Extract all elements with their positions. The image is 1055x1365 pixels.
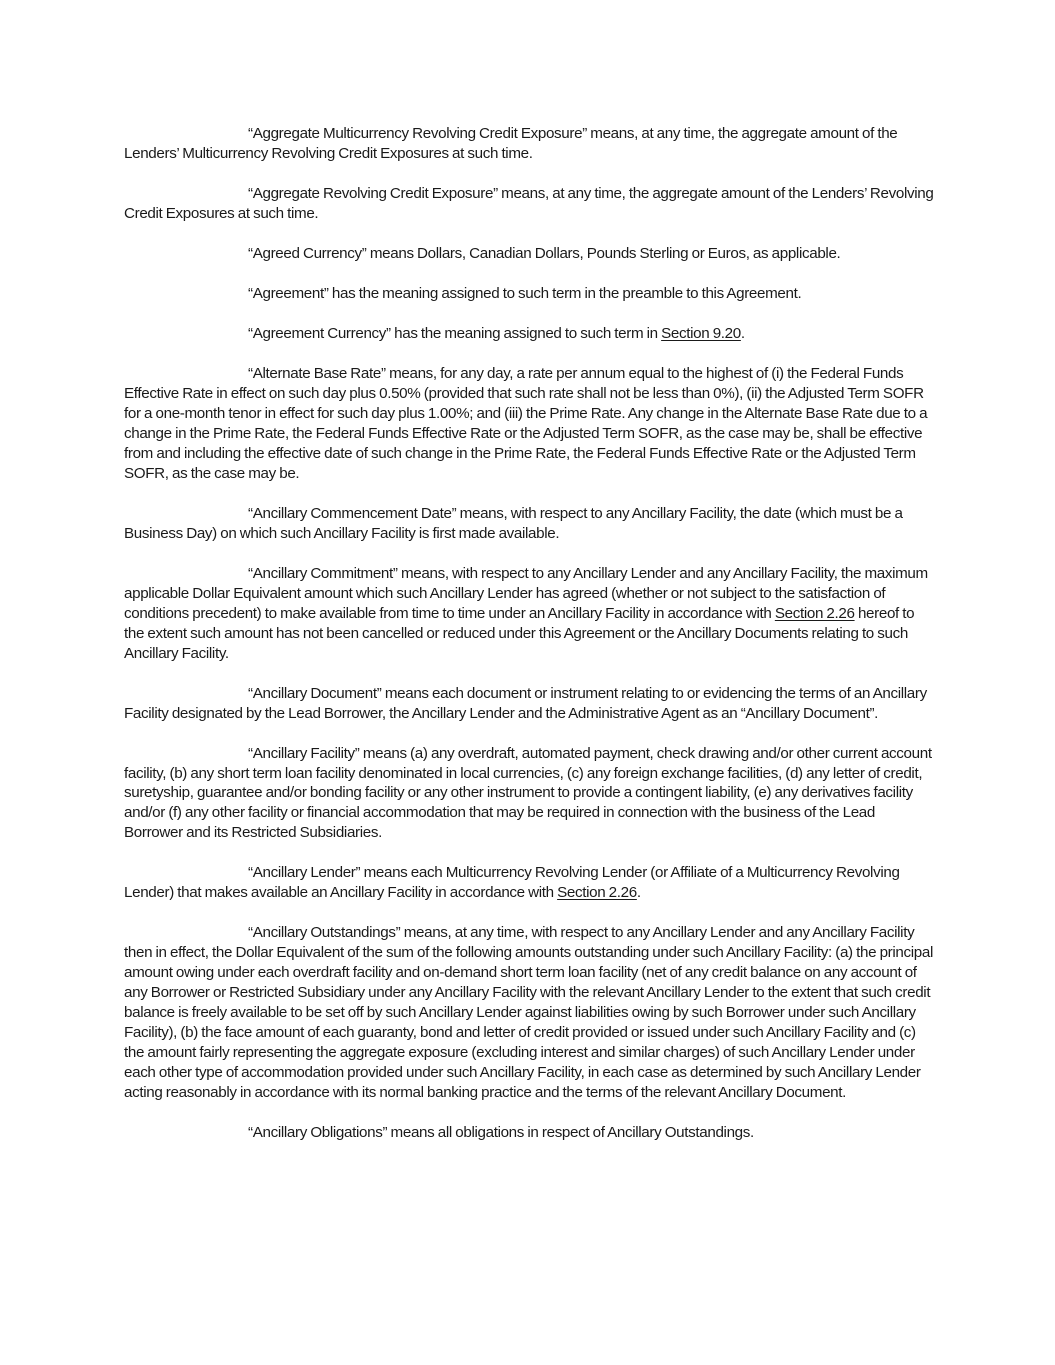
definition-ancillary-facility: “Ancillary Facility” means (a) any overd… xyxy=(124,744,934,844)
document-page: “Aggregate Multicurrency Revolving Credi… xyxy=(124,124,934,1163)
definition-text: means, for any day, a rate per annum equ… xyxy=(124,365,927,482)
defined-term: “Agreement” xyxy=(248,285,329,302)
definition-agreement: “Agreement” has the meaning assigned to … xyxy=(124,284,934,304)
definition-agreement-currency: “Agreement Currency” has the meaning ass… xyxy=(124,324,934,344)
section-cross-reference-link[interactable]: Section 9.20 xyxy=(661,325,741,342)
definition-text: means, at any time, with respect to any … xyxy=(124,924,933,1100)
definition-aggregate-multicurrency-revolving-credit-exposure: “Aggregate Multicurrency Revolving Credi… xyxy=(124,124,934,164)
section-cross-reference-link[interactable]: Section 2.26 xyxy=(557,884,637,901)
definition-text: means, at any time, the aggregate amount… xyxy=(124,185,933,222)
definition-ancillary-document: “Ancillary Document” means each document… xyxy=(124,684,934,724)
definition-text: means each Multicurrency Revolving Lende… xyxy=(124,864,900,901)
section-cross-reference-link[interactable]: Section 2.26 xyxy=(775,605,855,622)
defined-term: “Agreement Currency” xyxy=(248,325,391,342)
definition-text: means, with respect to any Ancillary Fac… xyxy=(124,505,903,542)
definition-text-end: . xyxy=(637,884,641,901)
defined-term: “Ancillary Lender” xyxy=(248,864,360,881)
definition-agreed-currency: “Agreed Currency” means Dollars, Canadia… xyxy=(124,244,934,264)
definition-text: has the meaning assigned to such term in xyxy=(391,325,661,342)
definition-alternate-base-rate: “Alternate Base Rate” means, for any day… xyxy=(124,364,934,483)
defined-term: “Ancillary Obligations” xyxy=(248,1124,387,1141)
defined-term: “Ancillary Commitment” xyxy=(248,565,398,582)
defined-term: “Ancillary Outstandings” xyxy=(248,924,400,941)
defined-term: “Aggregate Multicurrency Revolving Credi… xyxy=(248,125,587,142)
definition-ancillary-commitment: “Ancillary Commitment” means, with respe… xyxy=(124,564,934,664)
definition-ancillary-commencement-date: “Ancillary Commencement Date” means, wit… xyxy=(124,504,934,544)
definition-text: means Dollars, Canadian Dollars, Pounds … xyxy=(366,245,840,262)
definition-ancillary-obligations: “Ancillary Obligations” means all obliga… xyxy=(124,1123,934,1143)
definition-text: means (a) any overdraft, automated payme… xyxy=(124,745,932,842)
defined-term: “Alternate Base Rate” xyxy=(248,365,386,382)
definition-ancillary-lender: “Ancillary Lender” means each Multicurre… xyxy=(124,863,934,903)
defined-term: “Ancillary Facility” xyxy=(248,745,359,762)
definition-ancillary-outstandings: “Ancillary Outstandings” means, at any t… xyxy=(124,923,934,1102)
defined-term: “Ancillary Document” xyxy=(248,685,381,702)
definition-text: means each document or instrument relati… xyxy=(124,685,927,722)
definition-text-end: . xyxy=(741,325,745,342)
definition-text: means all obligations in respect of Anci… xyxy=(387,1124,754,1141)
definition-aggregate-revolving-credit-exposure: “Aggregate Revolving Credit Exposure” me… xyxy=(124,184,934,224)
defined-term: “Aggregate Revolving Credit Exposure” xyxy=(248,185,498,202)
defined-term: “Agreed Currency” xyxy=(248,245,366,262)
definition-text: has the meaning assigned to such term in… xyxy=(329,285,802,302)
defined-term: “Ancillary Commencement Date” xyxy=(248,505,456,522)
